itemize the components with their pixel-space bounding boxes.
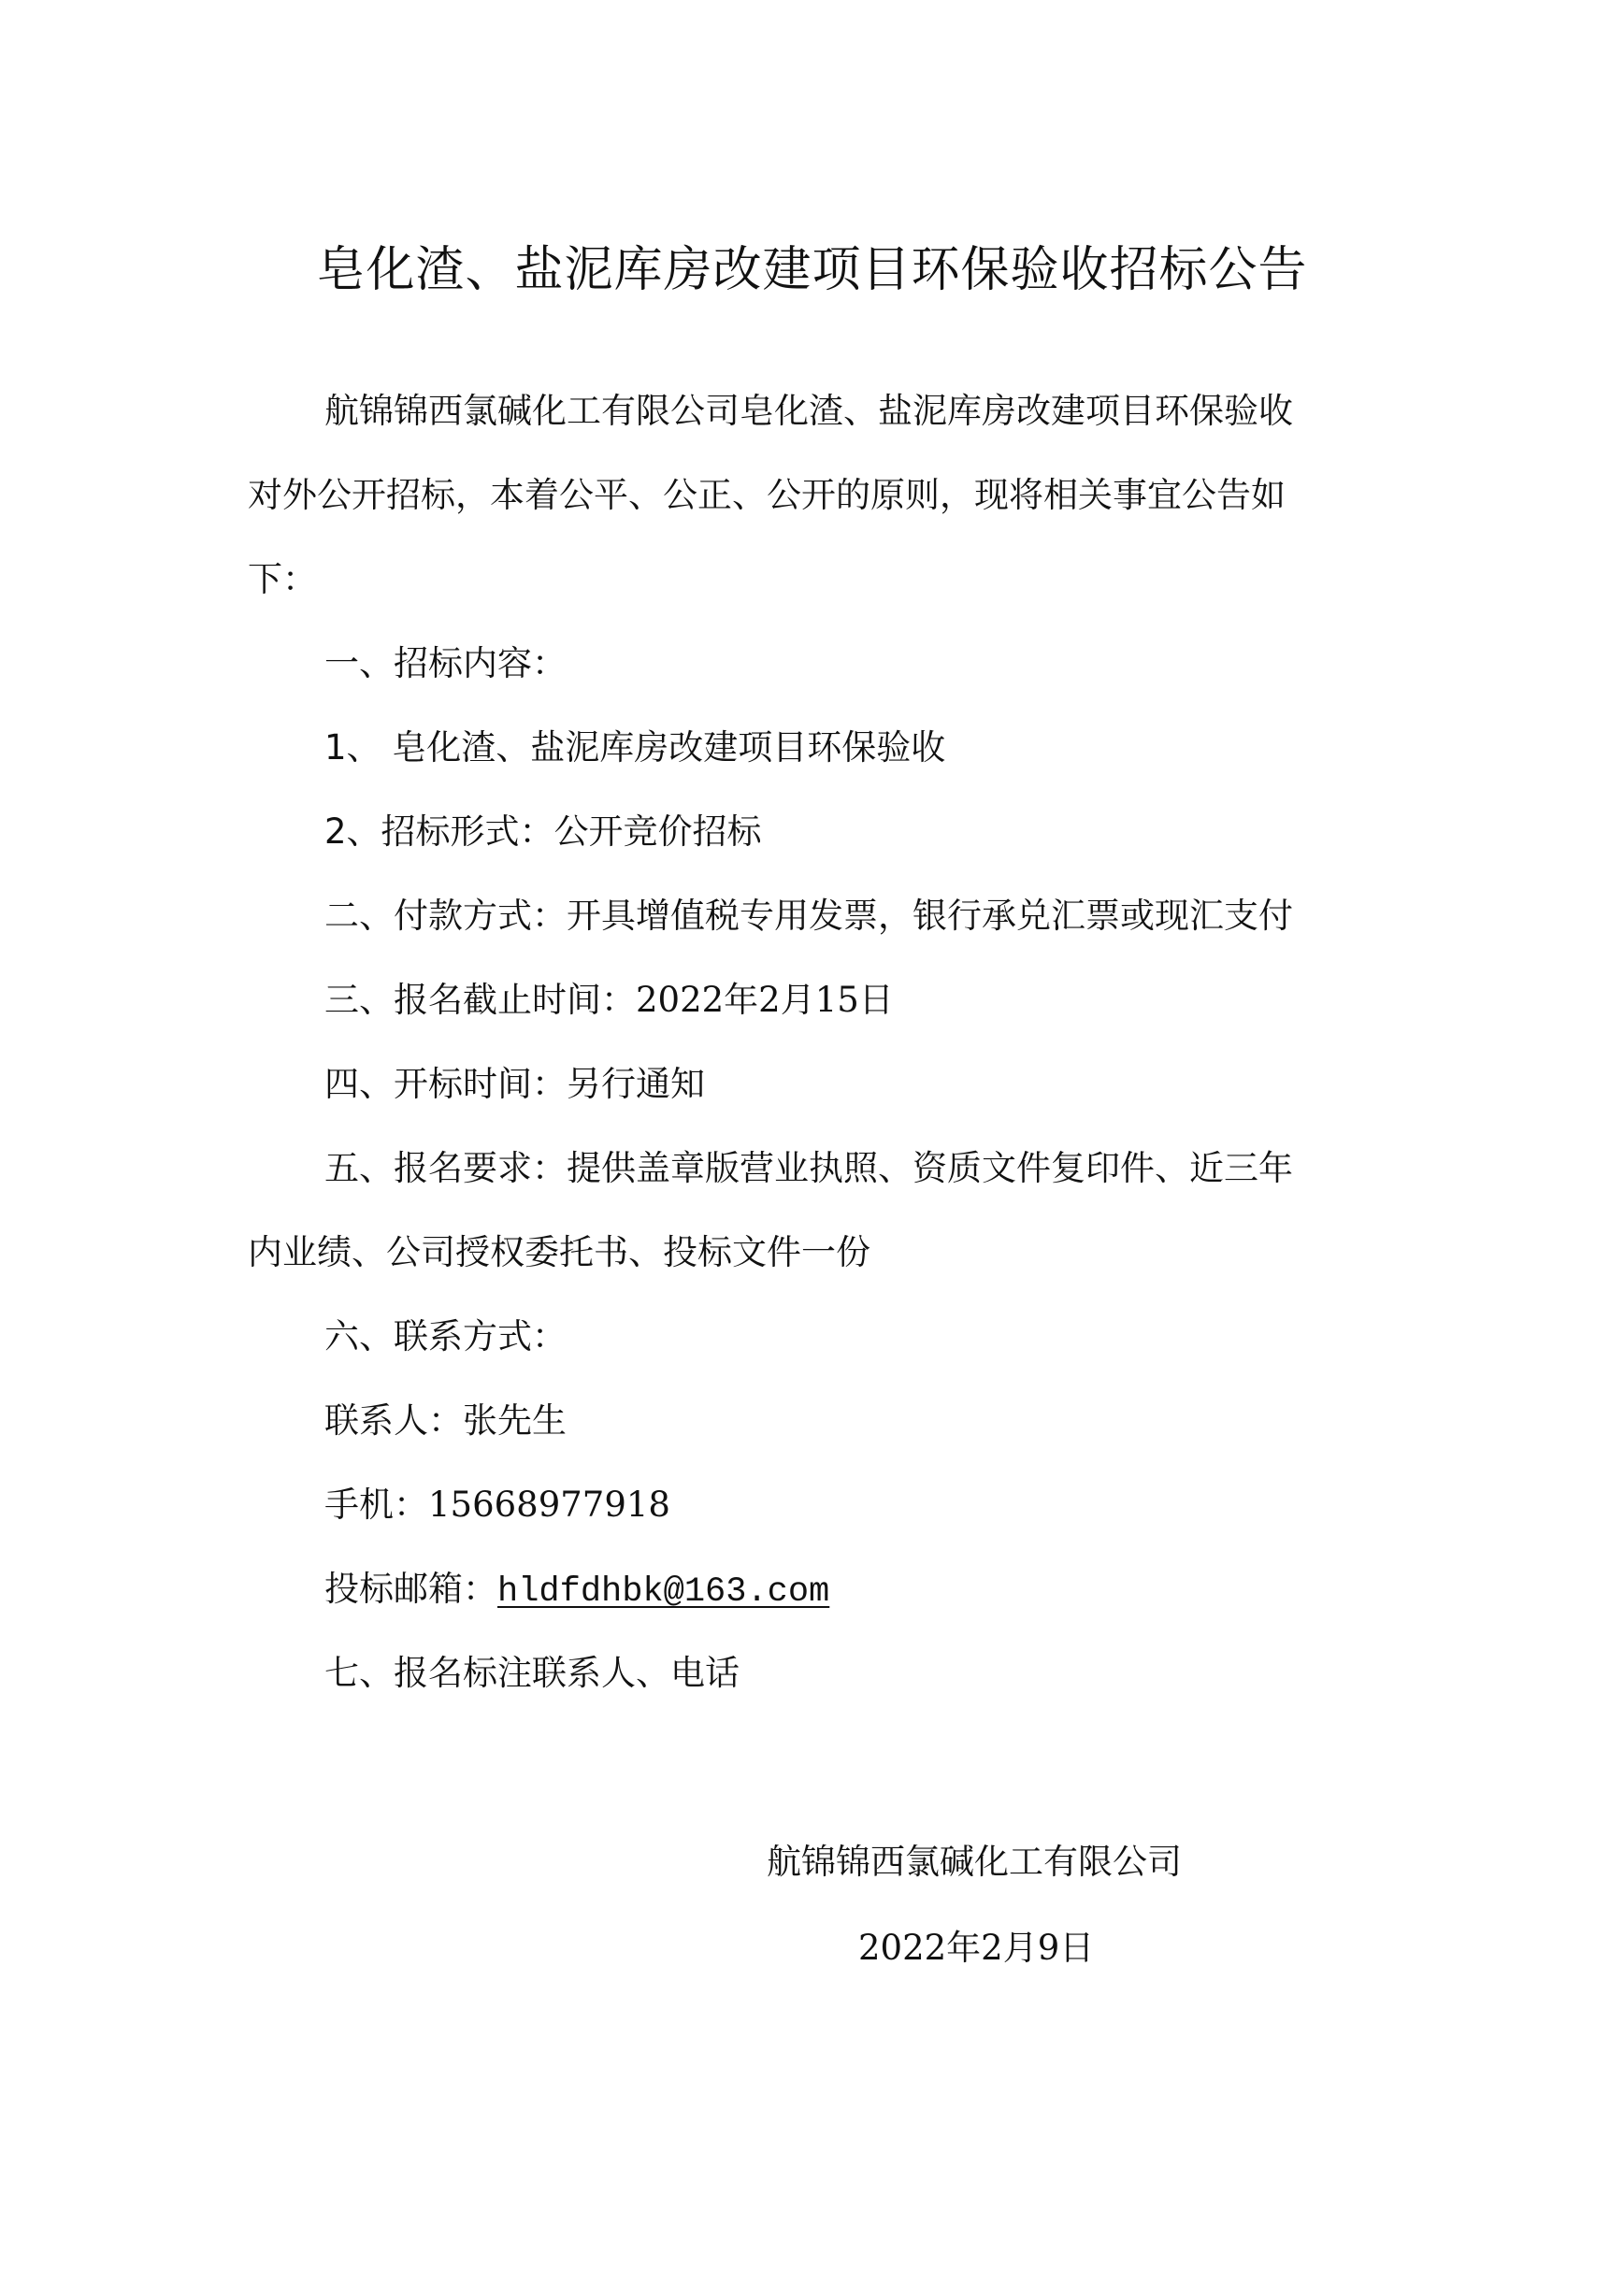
section-7-note: 七、报名标注联系人、电话 <box>324 1651 740 1696</box>
contact-email: 投标邮箱：hldfdhbk@163.com <box>324 1567 829 1614</box>
intro-line-3: 下： <box>248 557 317 602</box>
intro-line-1: 航锦锦西氯碱化工有限公司皂化渣、盐泥库房改建项目环保验收 <box>324 389 1293 434</box>
intro-line-2: 对外公开招标，本着公平、公正、公开的原则，现将相关事宜公告如 <box>248 473 1286 518</box>
document-title: 皂化渣、盐泥库房改建项目环保验收招标公告 <box>0 240 1624 300</box>
email-label: 投标邮箱： <box>324 1569 497 1609</box>
signature-company: 航锦锦西氯碱化工有限公司 <box>767 1840 1182 1885</box>
deadline-label: 三、报名截止时间： <box>324 980 636 1020</box>
contact-person-value: 张先生 <box>463 1400 567 1441</box>
email-link[interactable]: hldfdhbk@163.com <box>497 1572 829 1612</box>
section-1-item-2: 2、招标形式：公开竞价招标 <box>324 810 762 854</box>
section-5-line-2: 内业绩、公司授权委托书、投标文件一份 <box>248 1230 870 1275</box>
section-1-item-1: 1、 皂化渣、盐泥库房改建项目环保验收 <box>324 725 945 770</box>
deadline-value: 2022年2月15日 <box>636 980 894 1020</box>
contact-person: 联系人：张先生 <box>324 1399 567 1443</box>
section-5-line-1: 五、报名要求：提供盖章版营业执照、资质文件复印件、近三年 <box>324 1146 1293 1191</box>
contact-phone: 手机：15668977918 <box>324 1483 670 1528</box>
section-2-payment: 二、付款方式：开具增值税专用发票，银行承兑汇票或现汇支付 <box>324 894 1293 939</box>
contact-person-label: 联系人： <box>324 1400 463 1441</box>
section-4-opening-time: 四、开标时间：另行通知 <box>324 1062 705 1107</box>
phone-label: 手机： <box>324 1485 428 1525</box>
signature-date: 2022年2月9日 <box>858 1926 1094 1971</box>
section-1-heading: 一、招标内容： <box>324 641 567 686</box>
section-6-heading: 六、联系方式： <box>324 1314 567 1359</box>
section-3-deadline: 三、报名截止时间：2022年2月15日 <box>324 978 894 1023</box>
phone-value: 15668977918 <box>428 1485 670 1525</box>
